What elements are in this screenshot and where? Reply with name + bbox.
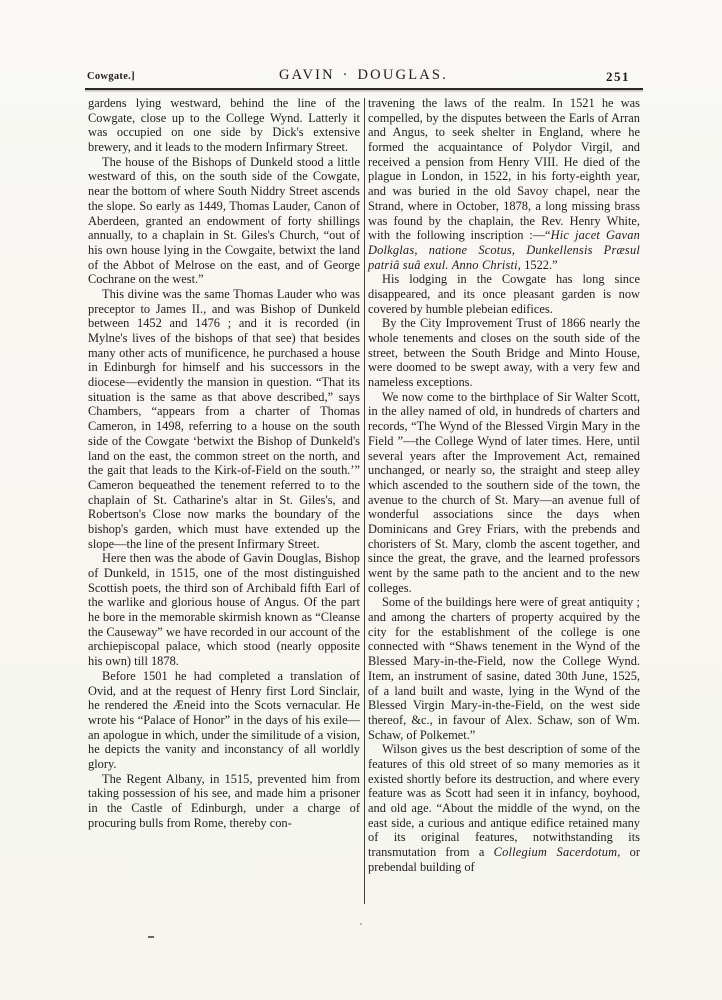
column-divider bbox=[364, 98, 365, 904]
running-head: Cowgate.] GAVIN · DOUGLAS. 251 bbox=[85, 67, 642, 85]
body-text: Wilson gives us the best description of … bbox=[368, 742, 640, 859]
paragraph: gardens lying westward, behind the line … bbox=[88, 96, 360, 155]
paragraph: By the City Improvement Trust of 1866 ne… bbox=[368, 316, 640, 389]
book-page: Cowgate.] GAVIN · DOUGLAS. 251 gardens l… bbox=[0, 0, 722, 1000]
paragraph: The house of the Bishops of Dunkeld stoo… bbox=[88, 155, 360, 287]
body-text: We now come to the birthplace of Sir Wal… bbox=[368, 390, 640, 595]
body-text: Before 1501 he had completed a translati… bbox=[88, 669, 360, 771]
body-text: The house of the Bishops of Dunkeld stoo… bbox=[88, 155, 360, 287]
paragraph: This divine was the same Thomas Lauder w… bbox=[88, 287, 360, 551]
paragraph: travening the laws of the realm. In 1521… bbox=[368, 96, 640, 272]
page-number: 251 bbox=[606, 69, 630, 85]
column-right: travening the laws of the realm. In 1521… bbox=[368, 96, 640, 904]
body-text: 1522.” bbox=[521, 258, 557, 272]
paragraph: Some of the buildings here were of great… bbox=[368, 595, 640, 742]
text-columns: gardens lying westward, behind the line … bbox=[88, 96, 642, 904]
paragraph: Wilson gives us the best description of … bbox=[368, 742, 640, 874]
body-text: The Regent Albany, in 1515, prevented hi… bbox=[88, 772, 360, 830]
header-rule bbox=[85, 88, 643, 90]
body-text: Some of the buildings here were of great… bbox=[368, 595, 640, 741]
body-text: By the City Improvement Trust of 1866 ne… bbox=[368, 316, 640, 389]
body-text: gardens lying westward, behind the line … bbox=[88, 96, 360, 154]
column-left: gardens lying westward, behind the line … bbox=[88, 96, 360, 904]
body-text: This divine was the same Thomas Lauder w… bbox=[88, 287, 360, 551]
paragraph: His lodging in the Cowgate has long sinc… bbox=[368, 272, 640, 316]
italic-text: Collegium Sacerdotum bbox=[494, 845, 618, 859]
paragraph: The Regent Albany, in 1515, prevented hi… bbox=[88, 772, 360, 831]
paragraph: We now come to the birthplace of Sir Wal… bbox=[368, 390, 640, 596]
scan-speck bbox=[360, 923, 362, 925]
paragraph: Before 1501 he had completed a translati… bbox=[88, 669, 360, 772]
paragraph: Here then was the abode of Gavin Douglas… bbox=[88, 551, 360, 669]
scan-speck bbox=[148, 936, 154, 938]
body-text: His lodging in the Cowgate has long sinc… bbox=[368, 272, 640, 315]
body-text: travening the laws of the realm. In 1521… bbox=[368, 96, 640, 242]
body-text: Here then was the abode of Gavin Douglas… bbox=[88, 551, 360, 668]
page-title: GAVIN · DOUGLAS. bbox=[85, 67, 642, 84]
